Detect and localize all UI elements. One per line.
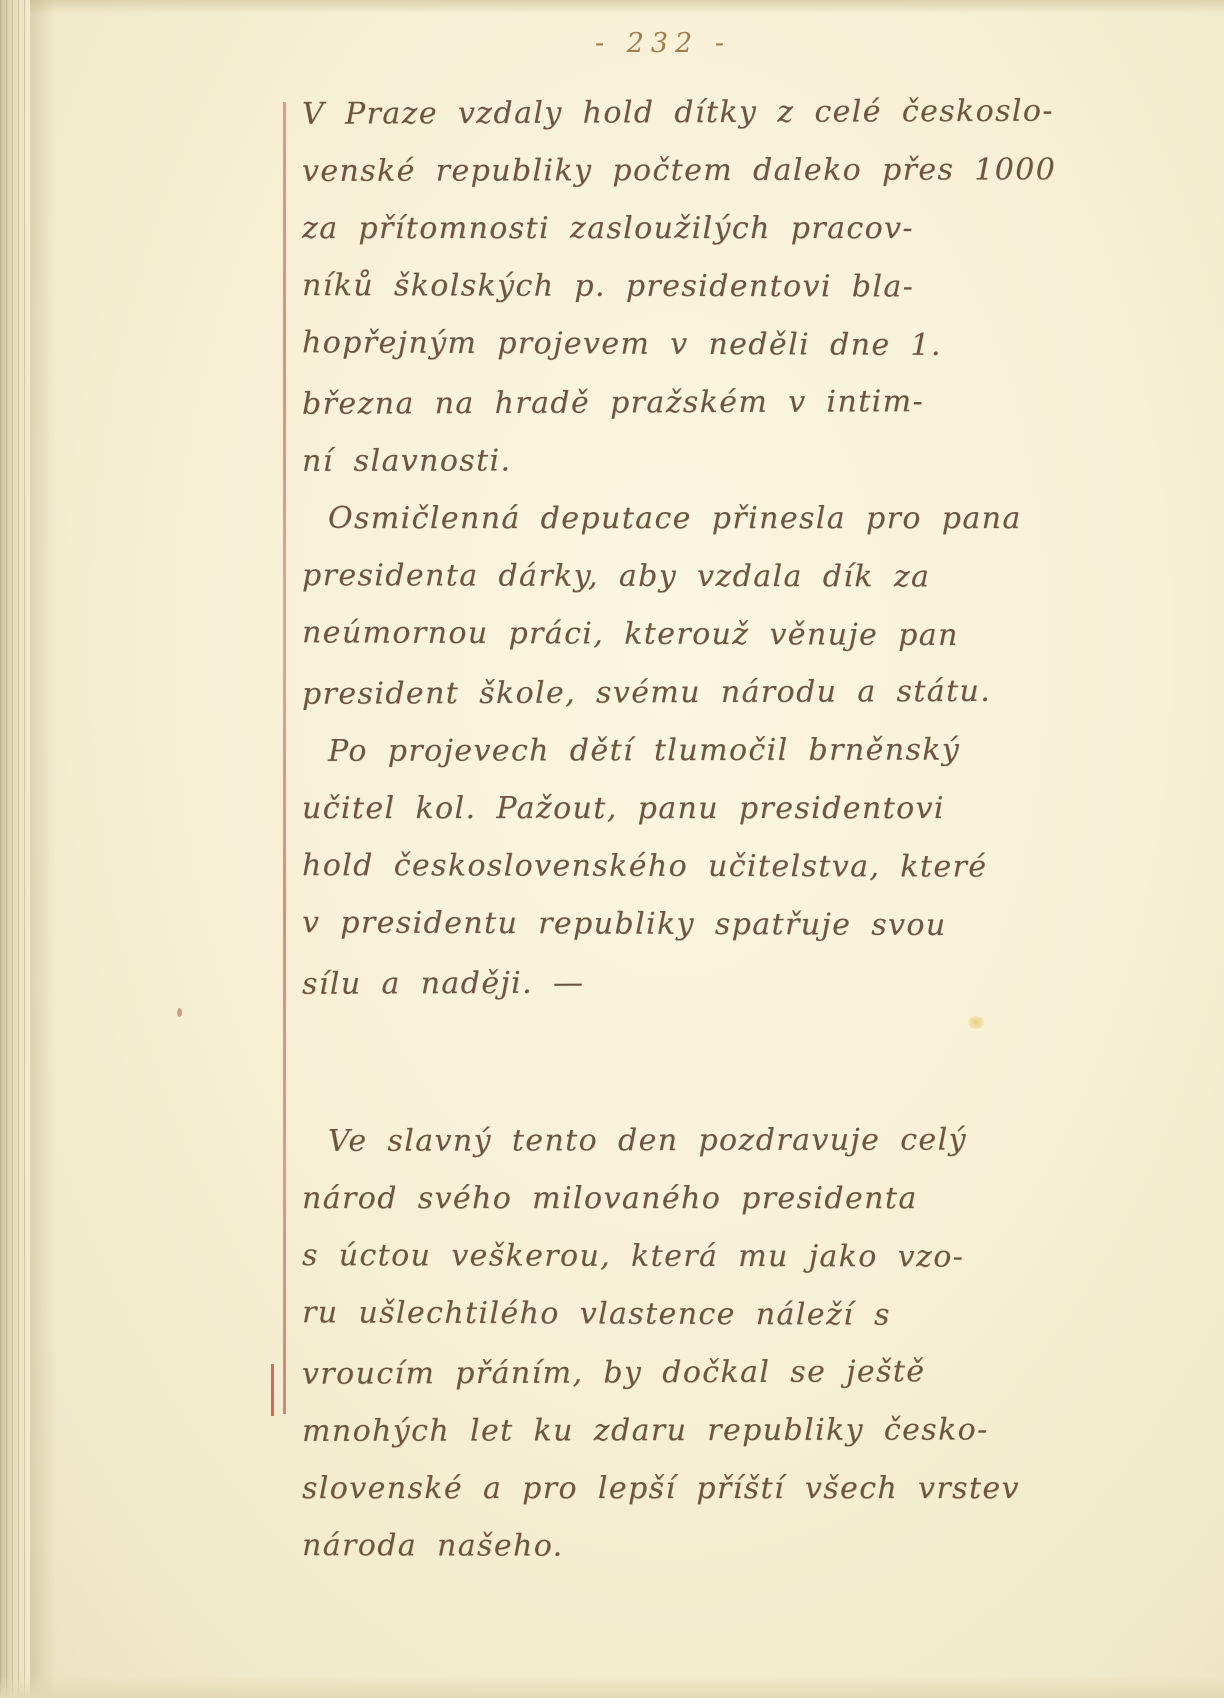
manuscript-line: národa našeho. bbox=[302, 1517, 1144, 1577]
manuscript-line: Osmičlenná deputace přinesla pro pana bbox=[302, 490, 1144, 548]
manuscript-line: za přítomnosti zasloužilých pracov- bbox=[302, 200, 1144, 258]
manuscript-line: neúmornou práci, kterouž věnuje pan bbox=[302, 604, 1144, 666]
manuscript-line: národ svého milovaného presidenta bbox=[302, 1170, 1144, 1228]
binding-shadow bbox=[30, 0, 56, 1698]
margin-rule-line-accent bbox=[271, 1364, 274, 1416]
manuscript-line: president škole, svému národu a státu. bbox=[302, 662, 1144, 724]
manuscript-line: v presidentu republiky spatřuje svou bbox=[302, 894, 1144, 956]
manuscript-line: venské republiky počtem daleko přes 1000 bbox=[302, 141, 1144, 201]
manuscript-line: níků školských p. presidentovi bla- bbox=[302, 257, 1144, 317]
manuscript-line: Po projevech dětí tlumočil brněnský bbox=[302, 721, 1144, 781]
manuscript-line: Ve slavný tento den pozdravuje celý bbox=[302, 1111, 1144, 1171]
manuscript-line: hold československého učitelstva, které bbox=[302, 837, 1144, 897]
manuscript-line: března na hradě pražském v intim- bbox=[302, 372, 1144, 434]
book-binding-edge bbox=[0, 0, 30, 1698]
manuscript-line: hopřejným projevem v neděli dne 1. bbox=[302, 314, 1144, 376]
ink-speck bbox=[177, 1008, 182, 1017]
manuscript-line: s úctou veškerou, která mu jako vzo- bbox=[302, 1227, 1144, 1287]
margin-rule-line bbox=[283, 102, 286, 1414]
manuscript-line: slovenské a pro lepší příští všech vrste… bbox=[302, 1460, 1144, 1518]
manuscript-line: vroucím přáním, by dočkal se ještě bbox=[302, 1342, 1144, 1404]
manuscript-line: mnohých let ku zdaru republiky česko- bbox=[302, 1401, 1144, 1461]
manuscript-line: ní slavnosti. bbox=[302, 431, 1144, 491]
manuscript-line: ru ušlechtilého vlastence náleží s bbox=[302, 1284, 1144, 1346]
manuscript-page: - 232 - V Praze vzdaly hold dítky z celé… bbox=[0, 0, 1224, 1698]
page-number: - 232 - bbox=[595, 28, 731, 59]
manuscript-line: presidenta dárky, aby vzdala dík za bbox=[302, 547, 1144, 607]
manuscript-line: V Praze vzdaly hold dítky z celé českosl… bbox=[302, 82, 1144, 144]
handwritten-text-block: V Praze vzdaly hold dítky z celé českosl… bbox=[302, 84, 1144, 1576]
manuscript-line: sílu a naději. — bbox=[302, 952, 1144, 1014]
manuscript-line: učitel kol. Pažout, panu presidentovi bbox=[302, 780, 1144, 838]
